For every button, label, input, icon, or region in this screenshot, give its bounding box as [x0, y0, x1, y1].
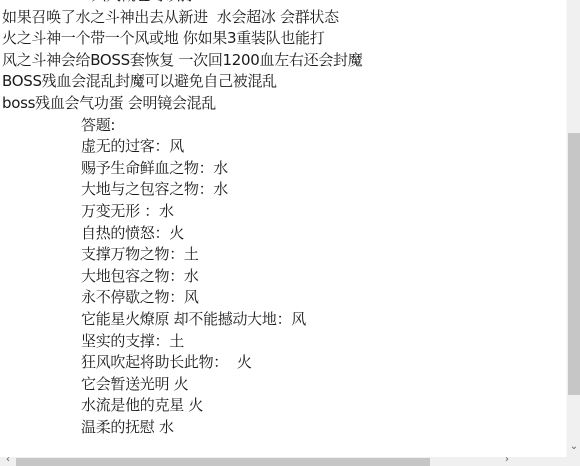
document-content: 只大概也可以打 如果召唤了水之斗神出去从新进 水会超冰 会群状态 火之斗神一个带… [2, 0, 362, 438]
horizontal-scroll-thumb[interactable] [16, 458, 430, 466]
scroll-right-chevron-icon[interactable]: › [500, 454, 514, 466]
quiz-answer-line: 温柔的抚慰 水 [2, 417, 362, 439]
scroll-left-chevron-icon[interactable]: ‹ [1, 454, 15, 466]
quiz-answer-line: 大地与之包容之物：水 [2, 179, 362, 201]
text-line: boss残血会气功蛋 会明镜会混乱 [2, 93, 362, 115]
quiz-answer-line: 支撑万物之物：土 [2, 244, 362, 266]
vertical-scroll-thumb[interactable] [568, 133, 580, 395]
quiz-answer-line: 赐予生命鲜血之物：水 [2, 158, 362, 180]
horizontal-scrollbar[interactable]: ‹ › [0, 457, 580, 466]
text-line: BOSS残血会混乱封魔可以避免自己被混乱 [2, 71, 362, 93]
vertical-scrollbar[interactable]: ⌄ [566, 0, 580, 457]
text-viewport[interactable]: 只大概也可以打 如果召唤了水之斗神出去从新进 水会超冰 会群状态 火之斗神一个带… [0, 0, 566, 457]
scroll-down-chevron-icon[interactable]: ⌄ [567, 439, 580, 455]
quiz-answer-line: 永不停歇之物：风 [2, 287, 362, 309]
quiz-answer-line: 大地包容之物：水 [2, 266, 362, 288]
quiz-answer-line: 狂风吹起将助长此物： 火 [2, 352, 362, 374]
quiz-answer-line: 自热的愤怒：火 [2, 223, 362, 245]
quiz-answer-line: 水流是他的克星 火 [2, 395, 362, 417]
quiz-answer-line: 它会暂送光明 火 [2, 374, 362, 396]
quiz-heading: 答题: [2, 115, 362, 137]
text-line: 火之斗神一个带一个风或地 你如果3重装队也能打 [2, 28, 362, 50]
quiz-answer-line: 坚实的支撑：土 [2, 331, 362, 353]
text-line: 风之斗神会给BOSS套恢复 一次回1200血左右还会封魔 [2, 50, 362, 72]
quiz-answer-line: 万变无形 ：水 [2, 201, 362, 223]
text-line: 只大概也可以打 [2, 0, 362, 7]
quiz-answer-line: 它能星火燎原 却不能撼动大地：风 [2, 309, 362, 331]
quiz-answer-line: 虚无的过客：风 [2, 136, 362, 158]
text-line: 如果召唤了水之斗神出去从新进 水会超冰 会群状态 [2, 7, 362, 29]
